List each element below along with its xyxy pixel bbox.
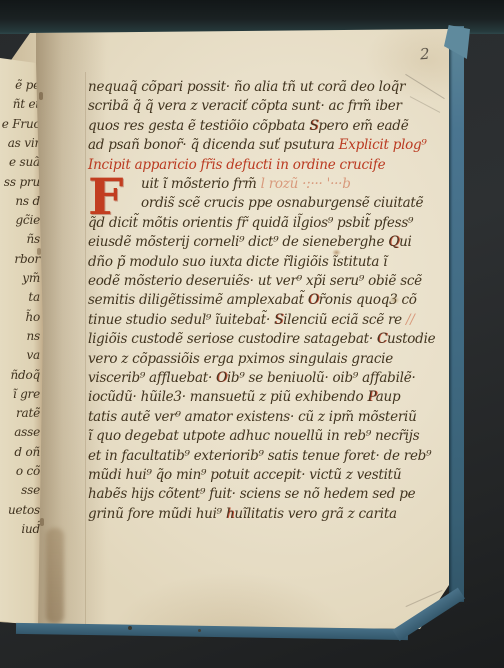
manuscript-text: vero z cõpassiõis erga pximos singulais … <box>88 351 393 367</box>
manuscript-text: mũdi hui⁹ q̃o min⁹ potuit accepit· victũ… <box>88 467 401 483</box>
manuscript-line: tinue studio sedul⁹ ĩuitebat̃· Silenciũ … <box>88 311 415 330</box>
manuscript-text: eodẽ mõsterio deseruiẽs· ut ver⁹ xp̃i se… <box>88 273 422 289</box>
manuscript-line: tatis autẽ ver⁹ amator existens· cũ z ip… <box>88 408 417 427</box>
rubric-text: Explicit plog⁹ <box>339 137 427 153</box>
manuscript-text: iocũdũ· hũile3· mansuetũ z piũ exhibendo <box>88 389 367 405</box>
manuscript-text: O <box>216 370 227 386</box>
manuscript-line: eiusdẽ mõsterij corneli⁹ dict⁹ de sieneb… <box>88 233 412 252</box>
manuscript-line: dño p̃ modulo suo iuxta dicte r̃ligiõis … <box>88 253 387 272</box>
manuscript-line: ĩ quo degebat utpote adhuc nouellũ in re… <box>88 427 419 446</box>
manuscript-line: viscerib⁹ affluebat· Oib⁹ se beniuolũ· o… <box>88 369 415 388</box>
manuscript-text: ad psañ bonor̃· q̃ dicenda suť psutura <box>88 137 339 153</box>
manuscript-line: ordis̃ scẽ crucis ppe osnaburgensẽ ciuit… <box>141 194 423 213</box>
manuscript-line: eodẽ mõsterio deseruiẽs· ut ver⁹ xp̃i se… <box>88 272 422 291</box>
manuscript-text: S <box>274 312 283 328</box>
manuscript-text: uit ĩ mõsterio frm̃ <box>141 176 261 192</box>
manuscript-line: uit ĩ mõsterio frm̃ l rozũ ·:··· '···b <box>141 175 351 194</box>
manuscript-text: l rozũ ·:··· '···b <box>261 176 351 192</box>
manuscript-text: uĩlitatis vero grã z carita <box>234 506 397 522</box>
manuscript-text: scribã q̃ q̃ vera z veraciť cõpta sunt· … <box>88 98 402 114</box>
manuscript-text: tatis autẽ ver⁹ amator existens· cũ z ip… <box>88 409 417 425</box>
manuscript-text: ui <box>399 234 412 250</box>
manuscript-line: ligiõis custodẽ seriose custodire satage… <box>88 330 435 349</box>
stain <box>198 629 201 632</box>
manuscript-text: et in facultatib⁹ exteriorib⁹ satis tenu… <box>88 448 431 464</box>
manuscript-text: tinue studio sedul⁹ ĩuitebat̃· <box>88 312 274 328</box>
manuscript-text: Q <box>388 234 399 250</box>
manuscript-line: nequaq̃ cõpari possit· ño alia tñ ut cor… <box>88 78 405 97</box>
manuscript-line: et in facultatib⁹ exteriorib⁹ satis tenu… <box>88 447 431 466</box>
manuscript-text: ustodie <box>387 331 435 347</box>
manuscript-text: habẽs hijs cõtent⁹ fuit· sciens se nõ he… <box>88 486 415 502</box>
manuscript-text: r̃onis quoq3 cõ <box>319 292 417 308</box>
manuscript-photo: ẽ peñt ete Frucas vire suãss pruns dgc̃i… <box>0 0 504 668</box>
rubric-text: Incipit apparicio fr̃is defucti in ordin… <box>88 157 385 173</box>
page-number: 2 <box>419 46 430 63</box>
manuscript-text: // <box>406 312 415 328</box>
manuscript-text: pero em̃ eadẽ <box>318 118 408 134</box>
stain <box>389 296 400 304</box>
manuscript-line: ad psañ bonor̃· q̃ dicenda suť psutura E… <box>88 136 427 155</box>
manuscript-line: grinũ fore mũdi hui⁹ huĩlitatis vero grã… <box>88 505 397 524</box>
manuscript-text: ligiõis custodẽ seriose custodire satage… <box>88 331 377 347</box>
manuscript-text: ib⁹ se beniuolũ· oib⁹ affabilẽ· <box>227 370 416 386</box>
manuscript-text: C <box>377 331 387 347</box>
illuminated-initial: F <box>88 172 138 224</box>
manuscript-line: scribã q̃ q̃ vera z veraciť cõpta sunt· … <box>88 97 402 116</box>
manuscript-text: quos res gesta ẽ testiõio cõpbata <box>88 118 309 134</box>
stain <box>332 249 341 256</box>
manuscript-line: vero z cõpassiõis erga pximos singulais … <box>88 350 393 369</box>
manuscript-text: ilenciũ eciã scẽ re <box>283 312 406 328</box>
stain <box>128 626 132 630</box>
manuscript-text: ordis̃ scẽ crucis ppe osnaburgensẽ ciuit… <box>141 195 423 211</box>
manuscript-text: aup <box>376 389 401 405</box>
manuscript-text: eiusdẽ mõsterij corneli⁹ dict⁹ de sieneb… <box>88 234 388 250</box>
manuscript-text: nequaq̃ cõpari possit· ño alia tñ ut cor… <box>88 79 405 95</box>
manuscript-text: dño p̃ modulo suo iuxta dicte r̃ligiõis … <box>88 254 387 270</box>
manuscript-line: semitis diligẽtissimẽ amplexabat̃ Or̃oni… <box>88 291 417 310</box>
manuscript-line: habẽs hijs cõtent⁹ fuit· sciens se nõ he… <box>88 485 415 504</box>
manuscript-text: semitis diligẽtissimẽ amplexabat̃ <box>88 292 308 308</box>
manuscript-text: ĩ quo degebat utpote adhuc nouellũ in re… <box>88 428 419 444</box>
manuscript-line: mũdi hui⁹ q̃o min⁹ potuit accepit· victũ… <box>88 466 401 485</box>
text-block: nequaq̃ cõpari possit· ño alia tñ ut cor… <box>0 0 504 668</box>
manuscript-text: O <box>308 292 319 308</box>
manuscript-text: viscerib⁹ affluebat· <box>88 370 216 386</box>
manuscript-line: iocũdũ· hũile3· mansuetũ z piũ exhibendo… <box>88 388 400 407</box>
manuscript-text: P <box>367 389 375 405</box>
manuscript-text: S <box>309 118 318 134</box>
manuscript-text: grinũ fore mũdi hui⁹ <box>88 506 226 522</box>
manuscript-line: quos res gesta ẽ testiõio cõpbata Spero … <box>88 117 408 136</box>
